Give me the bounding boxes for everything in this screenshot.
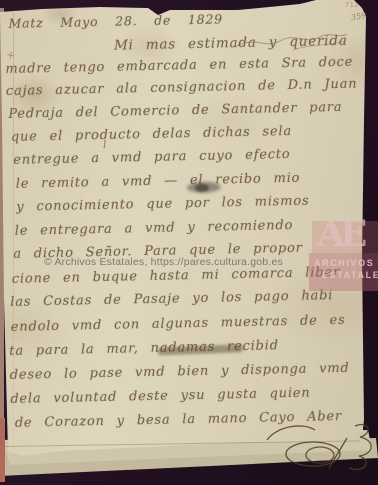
stamp-word-estatales: ESTATALES [322, 270, 378, 280]
body-line: cione en buque hasta mi comarca liber [12, 265, 340, 287]
body-line: cajas azucar ala consignacion de D.n Jua… [6, 77, 358, 99]
scanned-letter-photo: Matz Mayo 28. de 1829 Mi mas estimada y … [0, 0, 378, 485]
body-line: y conocimiento que por los mismos [16, 194, 309, 215]
stamp-word-archivos: ARCHIVOS [314, 258, 374, 268]
corner-annotation-1: 711 [345, 2, 359, 9]
body-line: le entregara a vmd y recomiendo [15, 218, 294, 239]
body-line: endolo vmd con algunas muestras de es [11, 313, 346, 335]
body-line: le remito a vmd — el recibo mio [16, 171, 301, 192]
signature-rubric-flourish-icon [263, 420, 375, 478]
interline-insertion-mark: l [103, 140, 106, 151]
body-line: madre tengo embarcada en esta Sra doce [5, 55, 353, 77]
pink-binding-edge [0, 418, 5, 482]
body-line: Pedraja del Comercio de Santander para [8, 100, 342, 122]
dateline: Matz Mayo 28. de 1829 [8, 11, 223, 30]
body-line: entregue a vmd para cuyo efecto [13, 147, 290, 168]
body-line: las Costas de Pasaje yo los pago habi [10, 288, 333, 310]
body-line: dela voluntad deste ysu gusta quien [10, 386, 310, 407]
archive-stamp-watermark: AE ARCHIVOS ESTATALES [309, 221, 378, 291]
pencil-scribble-flourish-icon [235, 28, 350, 54]
body-line: deseo lo pase vmd bien y disponga vmd [10, 361, 350, 383]
margin-mark: + [5, 48, 17, 63]
archive-watermark-text: © Archivos Estatales, https://pares.cult… [44, 256, 283, 268]
stamp-monogram: AE [317, 213, 362, 255]
body-line: que el producto delas dichas sela [11, 124, 292, 145]
